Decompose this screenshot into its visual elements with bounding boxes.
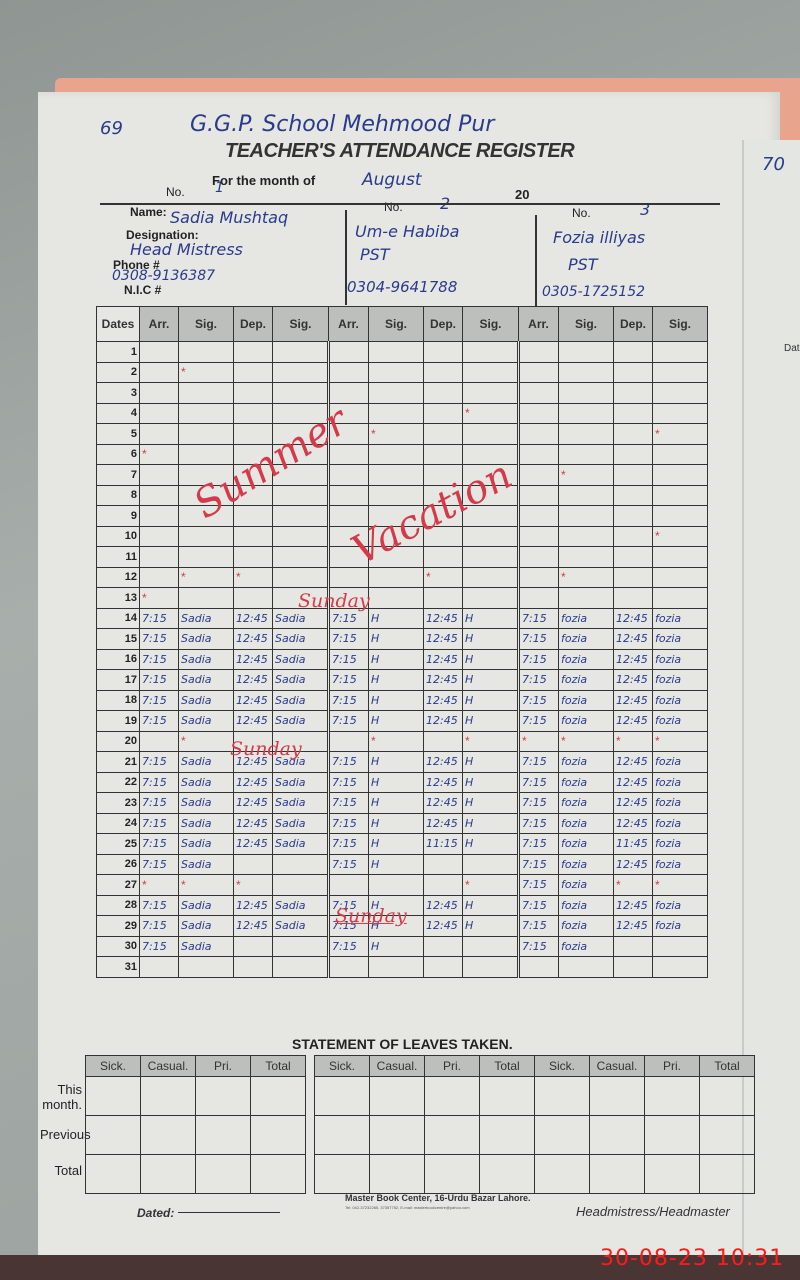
leaves-cell: [315, 1077, 370, 1116]
teacher-3-departure-cell: 12:45: [614, 711, 653, 732]
teacher-3-arrival-cell: 7:15: [519, 936, 559, 957]
cell-value: 12:45: [236, 653, 268, 666]
teacher-3-signature-cell: fozia: [653, 916, 708, 937]
cell-value: fozia: [655, 714, 681, 727]
teacher-3-signature-cell: *: [653, 731, 708, 752]
leaves-cell: [645, 1077, 700, 1116]
date-cell: 30: [97, 936, 140, 957]
teacher-2-arrival-cell: [329, 383, 369, 404]
cell-value: 12:45: [236, 837, 268, 850]
teacher-3-arrival-cell: 7:15: [519, 608, 559, 629]
date-cell: 1: [97, 342, 140, 363]
teacher-1-signature-cell: Sadia: [273, 916, 329, 937]
teacher-1-arrival-cell: [140, 383, 179, 404]
star-mark-icon: *: [142, 591, 147, 605]
star-mark-icon: *: [142, 878, 147, 892]
teacher-2-signature-cell: H: [463, 649, 519, 670]
sunday-annotation-20: Sunday: [230, 738, 302, 760]
leaves-col-header: Total: [251, 1056, 306, 1077]
cell-value: 12:45: [616, 755, 648, 768]
teacher-2-departure-cell: 12:45: [424, 793, 463, 814]
column-divider: [535, 215, 537, 307]
arr-header: Arr.: [519, 307, 559, 342]
teacher-2-signature-cell: [463, 342, 519, 363]
teacher-2-signature-cell: H: [463, 629, 519, 650]
teacher-3-name: Fozia illiyas: [553, 228, 645, 247]
teacher-2-signature-cell: *: [463, 875, 519, 896]
teacher-1-no-label: No.: [166, 185, 185, 199]
star-mark-icon: *: [181, 570, 186, 584]
date-cell: 7: [97, 465, 140, 486]
teacher-2-arrival-cell: 7:15: [329, 772, 369, 793]
teacher-1-signature-cell: [273, 875, 329, 896]
teacher-2-signature-cell: H: [369, 649, 424, 670]
cell-value: 12:45: [236, 694, 268, 707]
teacher-2-departure-cell: [424, 403, 463, 424]
teacher-2-departure-cell: [424, 424, 463, 445]
cell-value: fozia: [561, 940, 587, 953]
teacher-1-departure-cell: [234, 403, 273, 424]
cell-value: Sadia: [275, 817, 306, 830]
cell-value: 7:15: [522, 673, 547, 686]
dep-header: Dep.: [234, 307, 273, 342]
star-mark-icon: *: [655, 529, 660, 543]
star-mark-icon: *: [655, 427, 660, 441]
teacher-2-signature-cell: H: [369, 670, 424, 691]
cell-value: 12:45: [236, 612, 268, 625]
cell-value: fozia: [655, 919, 681, 932]
date-cell: 28: [97, 895, 140, 916]
cell-value: 7:15: [332, 714, 357, 727]
cell-value: Sadia: [275, 632, 306, 645]
teacher-1-signature-cell: Sadia: [179, 916, 234, 937]
teacher-1-signature-cell: *: [179, 875, 234, 896]
leaves-row-this-month: This month.: [40, 1082, 82, 1112]
teacher-2-departure-cell: [424, 875, 463, 896]
teacher-3-signature-cell: *: [653, 526, 708, 547]
cell-value: fozia: [655, 755, 681, 768]
teacher-1-departure-cell: [234, 342, 273, 363]
date-cell: 3: [97, 383, 140, 404]
teacher-1-arrival-cell: [140, 485, 179, 506]
teacher-1-arrival-cell: 7:15: [140, 649, 179, 670]
cell-value: fozia: [655, 612, 681, 625]
teacher-1-arrival-cell: [140, 731, 179, 752]
cell-value: 7:15: [142, 755, 167, 768]
leaves-cell: [86, 1116, 141, 1155]
teacher-1-signature-cell: Sadia: [179, 813, 234, 834]
leaves-cell: [86, 1077, 141, 1116]
teacher-3-signature-cell: fozia: [653, 670, 708, 691]
cell-value: fozia: [561, 899, 587, 912]
teacher-2-arrival-cell: 7:15: [329, 629, 369, 650]
teacher-1-phone: 0308-9136387: [112, 268, 215, 284]
date-cell: 25: [97, 834, 140, 855]
leaves-cell: [590, 1155, 645, 1194]
cell-value: Sadia: [275, 653, 306, 666]
cell-value: H: [371, 776, 379, 789]
teacher-3-signature-cell: [653, 588, 708, 609]
teacher-3-departure-cell: [614, 936, 653, 957]
teacher-1-departure-cell: [234, 362, 273, 383]
teacher-2-signature-cell: [369, 957, 424, 978]
cell-value: 12:45: [236, 919, 268, 932]
leaves-cell: [86, 1155, 141, 1194]
cell-value: 12:45: [616, 817, 648, 830]
cell-value: 7:15: [142, 817, 167, 830]
cell-value: 12:45: [236, 776, 268, 789]
teacher-3-signature-cell: fozia: [653, 813, 708, 834]
star-mark-icon: *: [655, 878, 660, 892]
cell-value: 7:15: [522, 694, 547, 707]
teacher-1-arrival-cell: 7:15: [140, 711, 179, 732]
dates-header: Dates: [97, 307, 140, 342]
cell-value: 7:15: [332, 673, 357, 686]
table-row: 2*: [97, 362, 708, 383]
cell-value: H: [465, 837, 473, 850]
teacher-1-departure-cell: [234, 547, 273, 568]
cell-value: H: [371, 673, 379, 686]
leaves-col-header: Total: [700, 1056, 755, 1077]
cell-value: 7:15: [142, 919, 167, 932]
cell-value: Sadia: [181, 694, 212, 707]
teacher-1-arrival-cell: 7:15: [140, 608, 179, 629]
teacher-2-departure-cell: [424, 342, 463, 363]
cell-value: 12:45: [616, 858, 648, 871]
cell-value: Sadia: [181, 817, 212, 830]
teacher-3-signature-cell: fozia: [559, 854, 614, 875]
teacher-2-arrival-cell: [329, 342, 369, 363]
teacher-1-signature-cell: Sadia: [179, 752, 234, 773]
sig-header: Sig.: [273, 307, 329, 342]
table-row: 4*: [97, 403, 708, 424]
cell-value: fozia: [655, 817, 681, 830]
year-label: 20: [515, 187, 529, 202]
cell-value: fozia: [561, 817, 587, 830]
teacher-1-signature-cell: [179, 588, 234, 609]
teacher-2-signature-cell: *: [369, 424, 424, 445]
cell-value: 7:15: [142, 940, 167, 953]
teacher-3-arrival-cell: [519, 526, 559, 547]
camera-timestamp: 30-08-23 10:31: [600, 1246, 784, 1271]
teacher-1-signature-cell: Sadia: [273, 895, 329, 916]
cell-value: 12:45: [236, 673, 268, 686]
teacher-1-arrival-cell: 7:15: [140, 772, 179, 793]
month-value: August: [362, 170, 422, 190]
teacher-2-arrival-cell: 7:15: [329, 690, 369, 711]
teacher-2-departure-cell: [424, 957, 463, 978]
cell-value: H: [465, 776, 473, 789]
leaves-cell: [370, 1077, 425, 1116]
teacher-3-arrival-cell: [519, 424, 559, 445]
leaves-col-header: Casual.: [590, 1056, 645, 1077]
teacher-3-signature-cell: [559, 526, 614, 547]
cell-value: H: [371, 612, 379, 625]
teacher-1-arrival-cell: 7:15: [140, 793, 179, 814]
table-row: 5**: [97, 424, 708, 445]
teacher-2-designation: PST: [360, 245, 390, 264]
cell-value: 12:45: [426, 612, 458, 625]
teacher-2-signature-cell: [463, 854, 519, 875]
teacher-1-signature-cell: Sadia: [273, 711, 329, 732]
teacher-3-signature-cell: [653, 444, 708, 465]
cell-value: 7:15: [142, 673, 167, 686]
teacher-3-arrival-cell: [519, 342, 559, 363]
teacher-3-arrival-cell: [519, 362, 559, 383]
leaves-cell: [315, 1155, 370, 1194]
teacher-1-departure-cell: 12:45: [234, 813, 273, 834]
teacher-1-departure-cell: [234, 957, 273, 978]
teacher-3-arrival-cell: [519, 444, 559, 465]
teacher-2-signature-cell: H: [463, 711, 519, 732]
teacher-3-departure-cell: [614, 342, 653, 363]
leaves-cell: [196, 1077, 251, 1116]
teacher-1-signature-cell: [179, 342, 234, 363]
teacher-2-signature-cell: H: [369, 936, 424, 957]
teacher-1-signature-cell: Sadia: [179, 834, 234, 855]
cell-value: 12:45: [616, 796, 648, 809]
teacher-3-signature-cell: [653, 957, 708, 978]
teacher-3-departure-cell: 12:45: [614, 772, 653, 793]
teacher-1-arrival-cell: 7:15: [140, 834, 179, 855]
table-row: 1: [97, 342, 708, 363]
teacher-3-signature-cell: fozia: [653, 608, 708, 629]
teacher-2-departure-cell: [424, 547, 463, 568]
table-row: 267:15Sadia7:15H7:15fozia12:45fozia: [97, 854, 708, 875]
teacher-1-signature-cell: Sadia: [179, 854, 234, 875]
teacher-2-arrival-cell: 7:15: [329, 854, 369, 875]
teacher-1-arrival-cell: [140, 403, 179, 424]
teacher-3-arrival-cell: 7:15: [519, 793, 559, 814]
date-cell: 27: [97, 875, 140, 896]
teacher-2-signature-cell: [369, 403, 424, 424]
teacher-1-signature-cell: [273, 342, 329, 363]
teacher-3-arrival-cell: [519, 588, 559, 609]
leaves-cell: [425, 1116, 480, 1155]
leaves-cell: [590, 1116, 645, 1155]
date-cell: 17: [97, 670, 140, 691]
date-cell: 14: [97, 608, 140, 629]
star-mark-icon: *: [236, 570, 241, 584]
teacher-2-signature-cell: [463, 383, 519, 404]
teacher-3-departure-cell: [614, 465, 653, 486]
cell-value: Sadia: [181, 673, 212, 686]
teacher-1-departure-cell: 12:45: [234, 711, 273, 732]
teacher-2-departure-cell: [424, 444, 463, 465]
table-row: 307:15Sadia7:15H7:15fozia: [97, 936, 708, 957]
table-row: 20*******: [97, 731, 708, 752]
star-mark-icon: *: [465, 406, 470, 420]
teacher-3-departure-cell: 12:45: [614, 629, 653, 650]
teacher-2-arrival-cell: [329, 567, 369, 588]
teacher-3-arrival-cell: [519, 567, 559, 588]
teacher-1-arrival-cell: *: [140, 588, 179, 609]
teacher-2-departure-cell: 12:45: [424, 670, 463, 691]
teacher-2-signature-cell: [463, 424, 519, 445]
teacher-2-signature-cell: H: [463, 670, 519, 691]
column-divider: [345, 210, 347, 305]
nic-label: N.I.C #: [124, 283, 161, 297]
cell-value: Sadia: [275, 919, 306, 932]
teacher-2-arrival-cell: [329, 485, 369, 506]
leaves-cell: [425, 1155, 480, 1194]
teacher-1-signature-cell: [273, 547, 329, 568]
table-row: 157:15Sadia12:45Sadia7:15H12:45H7:15fozi…: [97, 629, 708, 650]
leaves-table-teacher-3: Sick.Casual.Pri.Total: [534, 1055, 755, 1194]
sig-header: Sig.: [179, 307, 234, 342]
teacher-3-signature-cell: fozia: [559, 895, 614, 916]
teacher-1-departure-cell: [234, 383, 273, 404]
teacher-3-signature-cell: fozia: [559, 916, 614, 937]
cell-value: 7:15: [332, 653, 357, 666]
teacher-2-departure-cell: 12:45: [424, 895, 463, 916]
star-mark-icon: *: [465, 734, 470, 748]
teacher-2-departure-cell: [424, 588, 463, 609]
teacher-3-departure-cell: 12:45: [614, 916, 653, 937]
cell-value: fozia: [561, 632, 587, 645]
publisher-contact: Tel: 042-37232265, 37357752, E-mail: mas…: [345, 1205, 470, 1210]
leaves-cell: [480, 1116, 535, 1155]
teacher-3-signature-cell: [559, 424, 614, 445]
table-row: 6*: [97, 444, 708, 465]
leaves-cell: [700, 1077, 755, 1116]
cell-value: fozia: [655, 653, 681, 666]
teacher-3-arrival-cell: 7:15: [519, 772, 559, 793]
date-cell: 5: [97, 424, 140, 445]
teacher-3-departure-cell: [614, 362, 653, 383]
teacher-1-signature-cell: Sadia: [179, 629, 234, 650]
date-cell: 19: [97, 711, 140, 732]
page-title: TEACHER'S ATTENDANCE REGISTER: [225, 140, 574, 163]
cell-value: 12:45: [616, 653, 648, 666]
date-cell: 16: [97, 649, 140, 670]
teacher-2-signature-cell: H: [463, 916, 519, 937]
teacher-2-signature-cell: H: [369, 813, 424, 834]
teacher-1-signature-cell: [179, 957, 234, 978]
teacher-2-name: Um-e Habiba: [355, 222, 459, 241]
leaves-cell: [425, 1077, 480, 1116]
cell-value: 7:15: [142, 837, 167, 850]
teacher-1-designation: Head Mistress: [130, 240, 243, 259]
teacher-3-signature-cell: [653, 342, 708, 363]
leaves-cell: [141, 1077, 196, 1116]
teacher-1-signature-cell: Sadia: [273, 813, 329, 834]
teacher-2-signature-cell: H: [463, 772, 519, 793]
teacher-2-signature-cell: *: [463, 731, 519, 752]
header-rule: [100, 203, 720, 205]
cell-value: H: [371, 632, 379, 645]
teacher-2-departure-cell: [424, 854, 463, 875]
teacher-1-no: 1: [215, 180, 224, 196]
date-cell: 4: [97, 403, 140, 424]
teacher-3-signature-cell: fozia: [559, 813, 614, 834]
teacher-1-signature-cell: [179, 383, 234, 404]
leaves-col-header: Casual.: [141, 1056, 196, 1077]
table-row: 217:15Sadia12:45Sadia7:15H12:45H7:15fozi…: [97, 752, 708, 773]
teacher-2-departure-cell: *: [424, 567, 463, 588]
teacher-2-signature-cell: H: [463, 608, 519, 629]
cell-value: fozia: [561, 694, 587, 707]
teacher-1-departure-cell: 12:45: [234, 629, 273, 650]
cell-value: 7:15: [332, 858, 357, 871]
cell-value: H: [371, 714, 379, 727]
leaves-cell: [141, 1116, 196, 1155]
teacher-3-signature-cell: [559, 444, 614, 465]
teacher-3-no-label: No.: [572, 206, 591, 220]
teacher-3-departure-cell: 12:45: [614, 649, 653, 670]
cell-value: 12:45: [426, 919, 458, 932]
leaves-cell: [251, 1116, 306, 1155]
teacher-1-signature-cell: Sadia: [273, 772, 329, 793]
teacher-2-signature-cell: [369, 383, 424, 404]
star-mark-icon: *: [616, 878, 621, 892]
teacher-3-signature-cell: *: [559, 731, 614, 752]
teacher-3-signature-cell: *: [559, 465, 614, 486]
teacher-2-signature-cell: [463, 957, 519, 978]
teacher-1-signature-cell: [273, 854, 329, 875]
teacher-3-signature-cell: [559, 383, 614, 404]
date-cell: 26: [97, 854, 140, 875]
cell-value: 7:15: [522, 653, 547, 666]
teacher-2-departure-cell: 11:15: [424, 834, 463, 855]
teacher-1-signature-cell: Sadia: [179, 670, 234, 691]
cell-value: fozia: [655, 776, 681, 789]
teacher-3-departure-cell: *: [614, 731, 653, 752]
teacher-1-signature-cell: Sadia: [273, 629, 329, 650]
star-mark-icon: *: [561, 570, 566, 584]
cell-value: 12:45: [616, 776, 648, 789]
teacher-3-arrival-cell: 7:15: [519, 670, 559, 691]
teacher-3-signature-cell: [653, 547, 708, 568]
teacher-2-departure-cell: 12:45: [424, 752, 463, 773]
teacher-1-signature-cell: Sadia: [273, 690, 329, 711]
leaves-table-teacher-2: Sick.Casual.Pri.Total: [314, 1055, 535, 1194]
cell-value: H: [465, 632, 473, 645]
teacher-1-signature-cell: [179, 526, 234, 547]
teacher-3-signature-cell: fozia: [653, 649, 708, 670]
cell-value: 7:15: [142, 653, 167, 666]
teacher-2-signature-cell: H: [369, 834, 424, 855]
cell-value: fozia: [655, 837, 681, 850]
cell-value: H: [465, 919, 473, 932]
teacher-2-signature-cell: [463, 547, 519, 568]
cell-value: 7:15: [332, 694, 357, 707]
table-row: 13*: [97, 588, 708, 609]
teacher-3-departure-cell: 12:45: [614, 608, 653, 629]
leaves-cell: [315, 1116, 370, 1155]
cell-value: Sadia: [181, 919, 212, 932]
teacher-2-signature-cell: H: [369, 690, 424, 711]
teacher-3-arrival-cell: 7:15: [519, 834, 559, 855]
date-cell: 8: [97, 485, 140, 506]
teacher-1-arrival-cell: 7:15: [140, 752, 179, 773]
cell-value: 7:15: [522, 714, 547, 727]
teacher-2-departure-cell: [424, 383, 463, 404]
teacher-2-signature-cell: [463, 526, 519, 547]
cell-value: H: [371, 653, 379, 666]
cell-value: Sadia: [275, 612, 306, 625]
teacher-2-signature-cell: H: [369, 629, 424, 650]
cell-value: Sadia: [275, 673, 306, 686]
teacher-3-signature-cell: [653, 403, 708, 424]
school-name: G.G.P. School Mehmood Pur: [190, 112, 494, 137]
teacher-3-signature-cell: [559, 957, 614, 978]
teacher-3-signature-cell: [653, 465, 708, 486]
sig-header: Sig.: [559, 307, 614, 342]
cell-value: 12:45: [426, 714, 458, 727]
teacher-2-signature-cell: H: [463, 834, 519, 855]
date-cell: 12: [97, 567, 140, 588]
